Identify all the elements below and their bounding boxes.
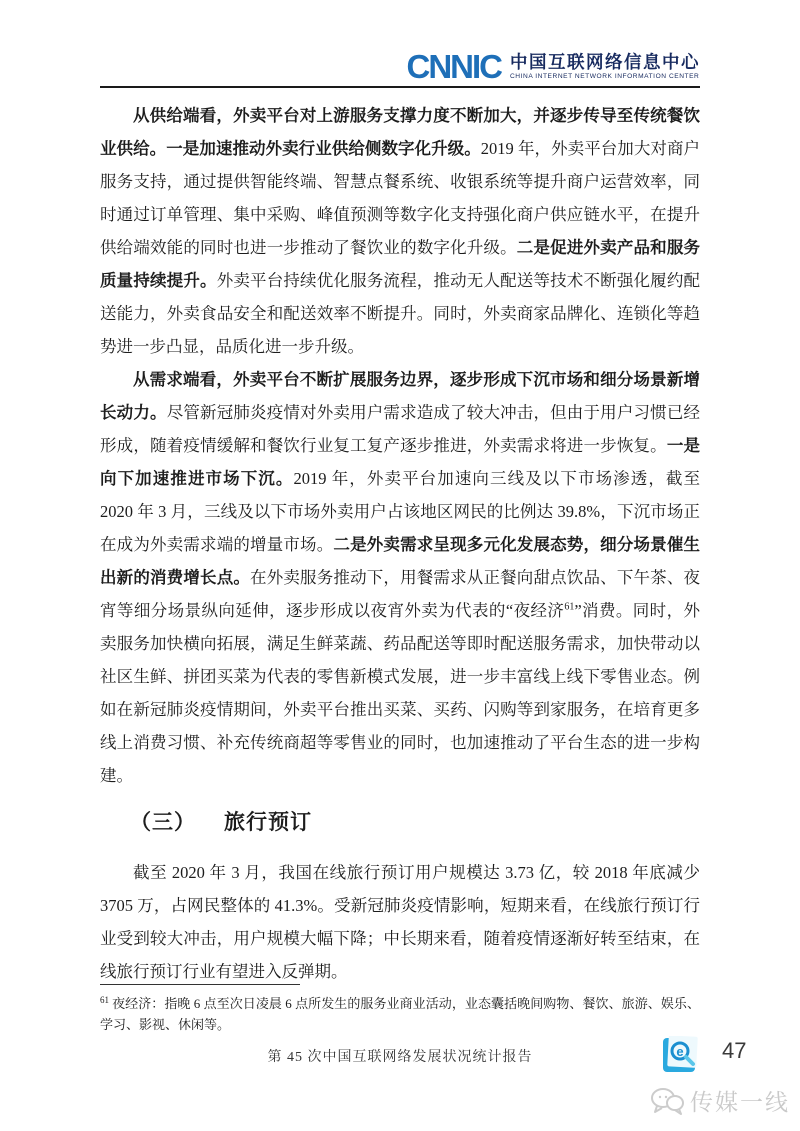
footnote-marker: 61 bbox=[100, 995, 109, 1005]
section-number: （三） bbox=[130, 810, 196, 834]
footnote-block: 61夜经济：指晚 6 点至次日凌晨 6 点所发生的服务业商业活动，业态囊括晚间购… bbox=[100, 984, 700, 1035]
paragraph-travel-booking: 截至 2020 年 3 月，我国在线旅行预订用户规模达 3.73 亿，较 201… bbox=[100, 856, 700, 988]
report-logo-icon: e bbox=[663, 1036, 699, 1072]
footnote-text: 61夜经济：指晚 6 点至次日凌晨 6 点所发生的服务业商业活动，业态囊括晚间购… bbox=[100, 993, 700, 1035]
org-name-en: CHINA INTERNET NETWORK INFORMATION CENTE… bbox=[510, 73, 700, 81]
text-run: 一是加速推动外卖行业供给侧数字化升级。 bbox=[166, 139, 481, 158]
org-name-block: 中国互联网络信息中心 CHINA INTERNET NETWORK INFORM… bbox=[510, 52, 700, 81]
watermark: 传媒一线 bbox=[650, 1084, 790, 1117]
footer-report-title: 第 45 次中国互联网络发展状况统计报告 bbox=[100, 1046, 700, 1066]
cnnic-logo-text: CNNIC bbox=[407, 50, 502, 83]
org-name-cn: 中国互联网络信息中心 bbox=[510, 52, 700, 72]
document-page: CNNIC 中国互联网络信息中心 CHINA INTERNET NETWORK … bbox=[0, 0, 800, 1131]
paragraph-demand-side: 从需求端看，外卖平台不断扩展服务边界，逐步形成下沉市场和细分场景新增长动力。尽管… bbox=[100, 363, 700, 792]
footnote-content: 夜经济：指晚 6 点至次日凌晨 6 点所发生的服务业商业活动，业态囊括晚间购物、… bbox=[100, 996, 700, 1032]
section-title: 旅行预订 bbox=[224, 810, 312, 834]
document-body: 从供给端看，外卖平台对上游服务支撑力度不断加大，并逐步传导至传统餐饮业供给。一是… bbox=[100, 99, 700, 988]
paragraph-supply-side: 从供给端看，外卖平台对上游服务支撑力度不断加大，并逐步传导至传统餐饮业供给。一是… bbox=[100, 99, 700, 363]
cnnic-logo: CNNIC 中国互联网络信息中心 CHINA INTERNET NETWORK … bbox=[407, 50, 701, 86]
page-header: CNNIC 中国互联网络信息中心 CHINA INTERNET NETWORK … bbox=[100, 0, 700, 88]
page-number: 47 bbox=[722, 1038, 746, 1064]
watermark-text: 传媒一线 bbox=[690, 1084, 790, 1117]
footnote-reference: 61 bbox=[564, 602, 574, 613]
magnifier-e-icon: e bbox=[663, 1036, 699, 1072]
section-heading-travel-booking: （三）旅行预订 bbox=[100, 808, 700, 836]
text-run: 尽管新冠肺炎疫情对外卖用户需求造成了较大冲击，但由于用户习惯已经形成，随着疫情缓… bbox=[100, 403, 700, 455]
svg-text:e: e bbox=[676, 1044, 683, 1059]
text-run: ”消费。同时，外卖服务加快横向拓展，满足生鲜菜蔬、药品配送等即时配送服务需求，加… bbox=[100, 601, 700, 785]
footnote-separator bbox=[100, 984, 300, 985]
wechat-icon bbox=[650, 1087, 684, 1115]
